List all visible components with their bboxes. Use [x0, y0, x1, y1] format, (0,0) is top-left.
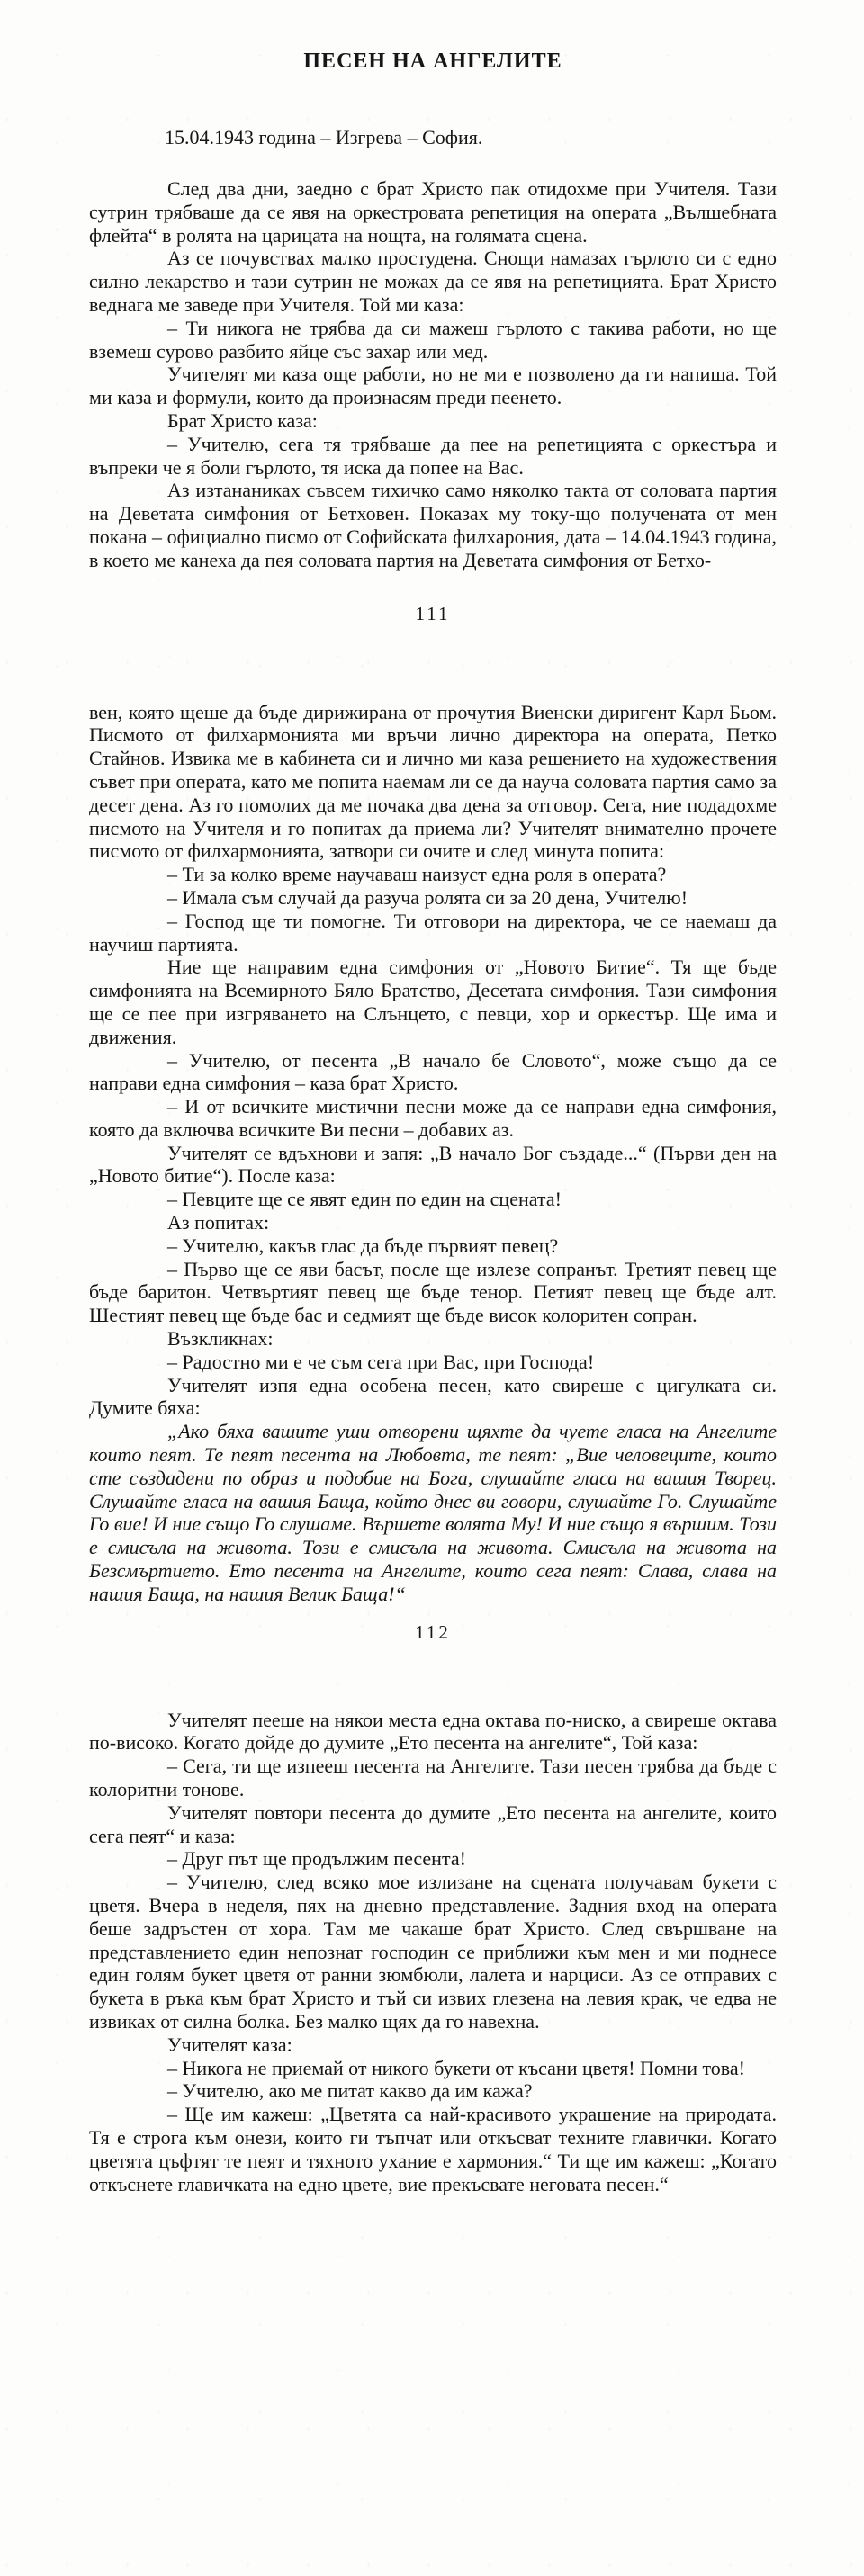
book-page: ПЕСЕН НА АНГЕЛИТЕ 15.04.1943 година – Из… — [0, 0, 864, 2576]
paragraph: – Ти никога не трябва да си мажеш гърлот… — [89, 317, 777, 364]
paragraph: вен, която щеше да бъде дирижирана от пр… — [89, 701, 777, 864]
page-number-111: 111 — [89, 602, 777, 625]
paragraph: – Учителю, сега тя трябваше да пее на ре… — [89, 433, 777, 480]
paragraph: – И от всичките мистични песни може да с… — [89, 1095, 777, 1142]
paragraph: – Ще им кажеш: „Цветята са най-красивото… — [89, 2103, 777, 2195]
paragraph: Учителят ми каза още работи, но не ми е … — [89, 363, 777, 409]
paragraph: – Учителю, ако ме питат какво да им кажа… — [89, 2079, 777, 2103]
paragraph: Учителят изпя една особена песен, като с… — [89, 1374, 777, 1421]
paragraph: – Никога не приемай от никого букети от … — [89, 2057, 777, 2080]
page-113-text: Учителят пееше на някои места една октав… — [89, 1709, 777, 2196]
paragraph: Учителят повтори песента до думите „Ето … — [89, 1801, 777, 1848]
paragraph: – Учителю, какъв глас да бъде първият пе… — [89, 1234, 777, 1258]
paragraph: Аз попитах: — [89, 1211, 777, 1234]
paragraph: Учителят се вдъхнови и запя: „В начало Б… — [89, 1142, 777, 1189]
paragraph: – Господ ще ти помогне. Ти отговори на д… — [89, 910, 777, 956]
paragraph: – Учителю, от песента „В начало бе Слово… — [89, 1049, 777, 1096]
paragraph: – Друг път ще продължим песента! — [89, 1847, 777, 1871]
page-number-112: 112 — [89, 1620, 777, 1644]
paragraph: Аз изтананиках съвсем тихичко само някол… — [89, 479, 777, 571]
scanned-page-background: { "colors": { "paper": "#fdfdfc", "ink":… — [0, 0, 864, 2576]
page-111-text: След два дни, заедно с брат Христо пак о… — [89, 177, 777, 572]
paragraph: „Ако бяха вашите уши отворени щяхте да ч… — [89, 1420, 777, 1605]
paragraph: – Ти за колко време научаваш наизуст едн… — [89, 863, 777, 886]
paragraph: – Имала съм случай да разуча ролята си з… — [89, 886, 777, 910]
paragraph: Ние ще направим една симфония от „Новото… — [89, 956, 777, 1048]
paragraph: – Радостно ми е че съм сега при Вас, при… — [89, 1351, 777, 1374]
paragraph: Аз се почувствах малко простудена. Снощи… — [89, 247, 777, 316]
dateline: 15.04.1943 година – Изгрева – София. — [89, 126, 777, 149]
chapter-title: ПЕСЕН НА АНГЕЛИТЕ — [89, 47, 777, 76]
paragraph: След два дни, заедно с брат Христо пак о… — [89, 177, 777, 247]
paragraph: – Първо ще се яви басът, после ще излезе… — [89, 1258, 777, 1327]
paragraph: – Сега, ти ще изпееш песента на Ангелите… — [89, 1755, 777, 1801]
page-112-text: вен, която щеше да бъде дирижирана от пр… — [89, 701, 777, 1606]
paragraph: Учителят каза: — [89, 2033, 777, 2057]
paragraph: – Певците ще се явят един по един на сце… — [89, 1188, 777, 1211]
paragraph: Възкликнах: — [89, 1327, 777, 1351]
paragraph: Учителят пееше на някои места една октав… — [89, 1709, 777, 1755]
paragraph: Брат Христо каза: — [89, 409, 777, 433]
paragraph: – Учителю, след всяко мое излизане на сц… — [89, 1871, 777, 2033]
